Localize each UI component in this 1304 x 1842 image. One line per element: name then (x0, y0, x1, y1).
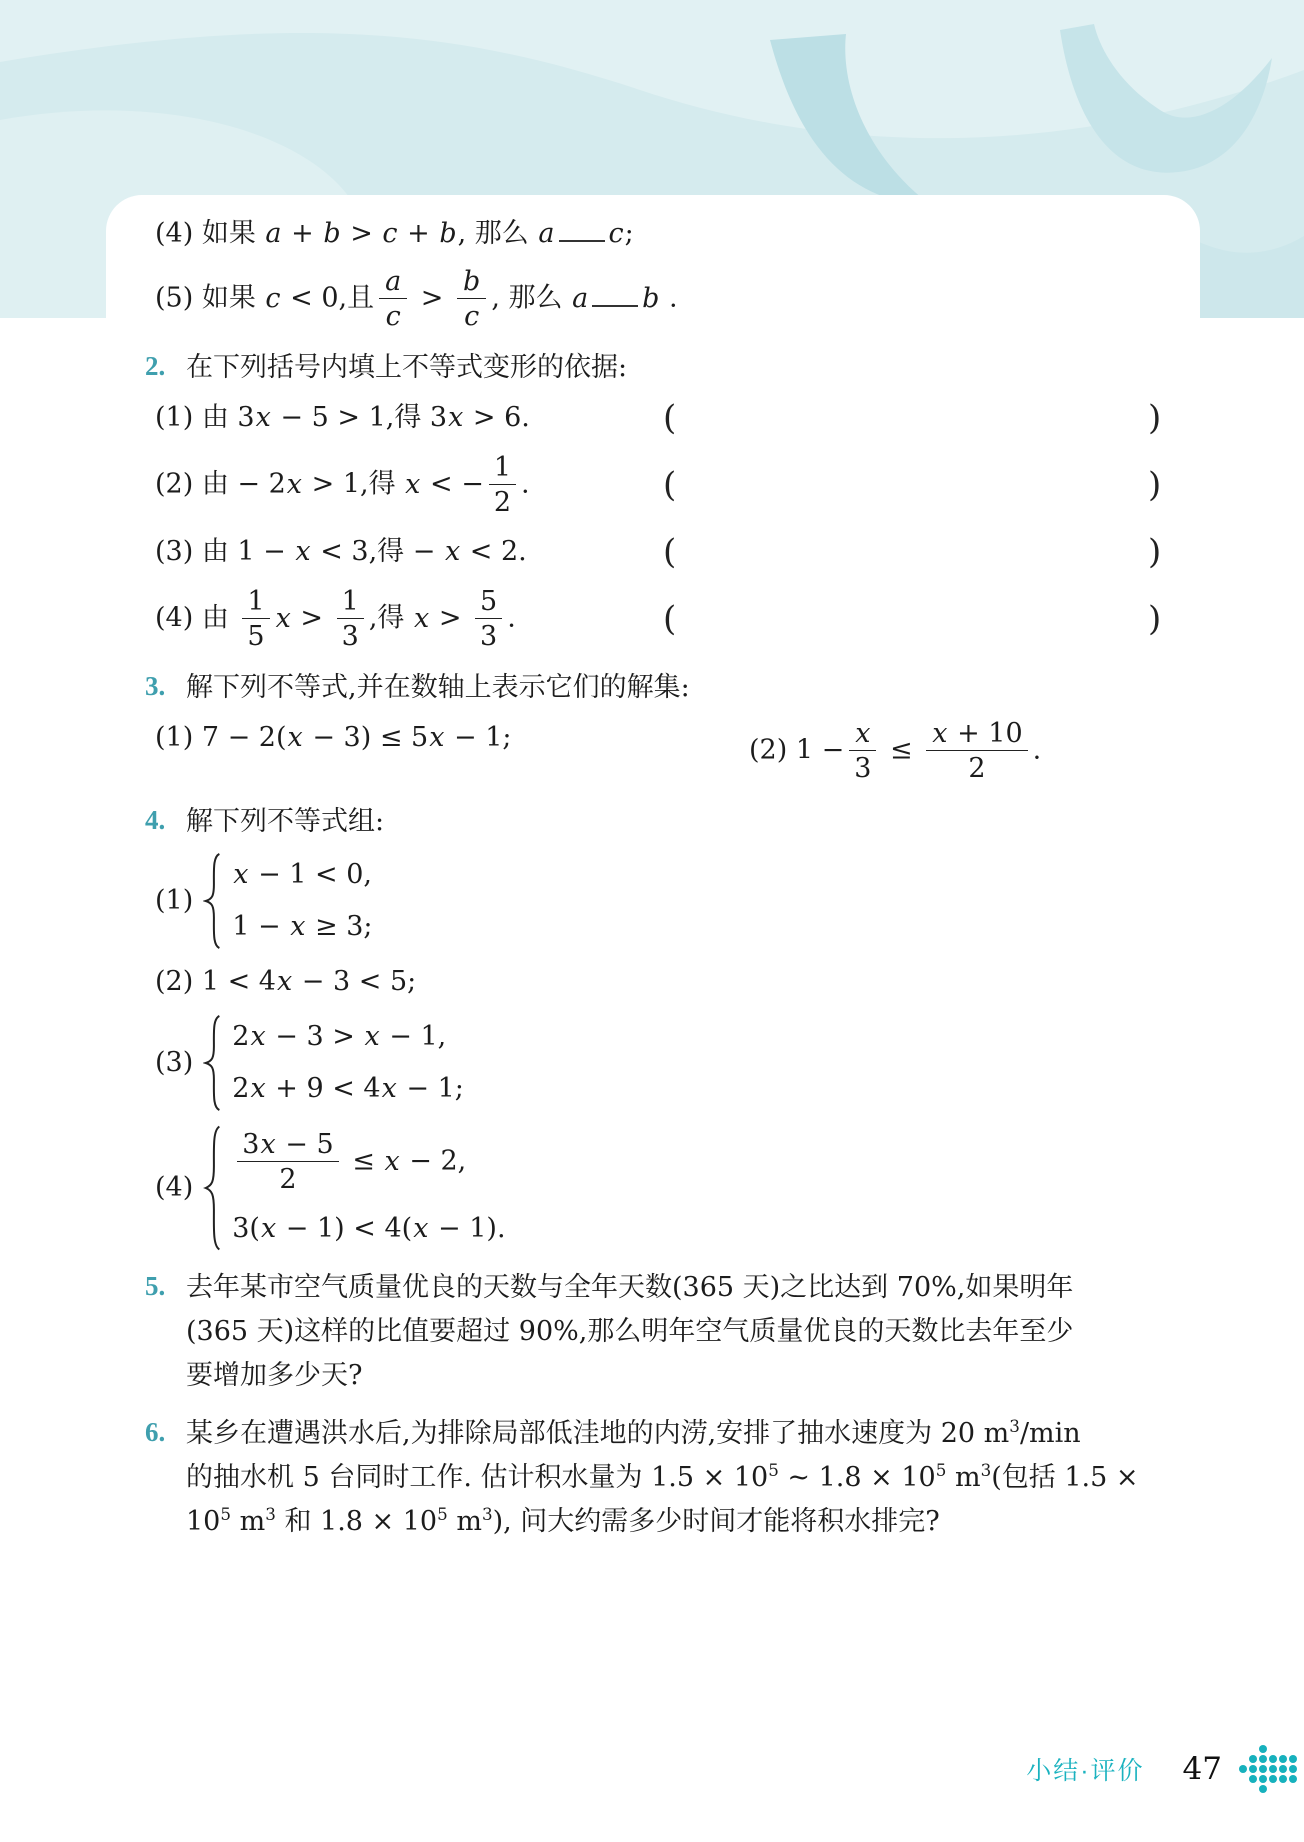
text: . (1033, 735, 1042, 766)
q2-part2: (2) 由 − 2x > 1,得 x < −12.() (155, 452, 1160, 518)
page-footer: 小结·评价 47 (1026, 1744, 1298, 1794)
math-variable: b (462, 266, 481, 297)
q1-part4: (4) 如果 a + b > c + b, 那么 ac; (155, 213, 1160, 254)
text: ~ 1.8 × 10 (779, 1462, 936, 1493)
dot-empty (1269, 1745, 1277, 1753)
q4-part4: (4)3x − 52 ≤ x − 2,3(x − 1) < 4(x − 1). (155, 1124, 1160, 1252)
dot (1279, 1775, 1287, 1783)
superscript: 3 (482, 1504, 493, 1524)
q2: 2.在下列括号内填上不等式变形的依据: (155, 346, 1160, 390)
dots-arrow-logo-icon (1238, 1744, 1298, 1794)
text: 去年某市空气质量优良的天数与全年天数(365 天)之比达到 70%,如果明年 (186, 1272, 1073, 1303)
text: − 1; (445, 722, 511, 753)
denominator: 5 (247, 619, 264, 652)
q5: 5.去年某市空气质量优良的天数与全年天数(365 天)之比达到 70%,如果明年… (155, 1266, 1160, 1398)
denominator: 2 (279, 1162, 296, 1195)
text: 1 (247, 586, 264, 617)
text: − 5 > 1,得 3 (272, 402, 447, 433)
part-label: (3) (155, 1043, 193, 1083)
dot-empty (1239, 1775, 1247, 1783)
dot (1249, 1755, 1257, 1763)
text: 2 (232, 1073, 249, 1104)
part-label: (4) (155, 1168, 193, 1208)
numerator: 5 (475, 586, 502, 619)
fraction: bc (457, 266, 486, 332)
text: (1) 由 3 (155, 402, 255, 433)
text: + (283, 218, 323, 249)
denominator: 3 (854, 751, 871, 784)
math-variable: a (571, 283, 589, 314)
fraction: 13 (337, 586, 364, 652)
numerator: 1 (337, 586, 364, 619)
numerator: 1 (489, 452, 516, 485)
text: 解下列不等式组: (186, 806, 384, 837)
text: − 1). (429, 1213, 505, 1244)
part-left: (1) 7 − 2(x − 3) ≤ 5x − 1; (155, 718, 749, 784)
q2-part3: (3) 由 1 − x < 3,得 − x < 2.() (155, 532, 1160, 572)
text: 5 (247, 621, 264, 652)
math-variable: x (404, 469, 421, 500)
text: − 3) ≤ 5 (304, 722, 428, 753)
text: > (342, 218, 382, 249)
text: . (507, 603, 516, 634)
part-right: (2) 1 −x3 ≤ x + 102. (749, 718, 1160, 784)
text: . (521, 469, 530, 500)
math-variable: x (232, 859, 249, 890)
math-variable: x (444, 536, 461, 567)
system-lines: 3x − 52 ≤ x − 2,3(x − 1) < 4(x − 1). (232, 1129, 505, 1247)
math-variable: x (931, 718, 948, 749)
math-variable: x (854, 718, 871, 749)
superscript: 5 (768, 1460, 779, 1480)
dot-empty (1279, 1785, 1287, 1793)
dot (1269, 1755, 1277, 1763)
fraction: 15 (242, 586, 269, 652)
page-number: 47 (1183, 1751, 1222, 1787)
math-variable: x (294, 536, 311, 567)
question-number: 2. (145, 346, 186, 390)
math-variable: x (289, 911, 306, 942)
fraction: ac (379, 266, 407, 332)
dot (1249, 1775, 1257, 1783)
part-label: (1) (155, 881, 193, 921)
text: . (660, 283, 677, 314)
dot-empty (1239, 1785, 1247, 1793)
text: (5) 如果 (155, 283, 264, 314)
text: 3 (242, 1129, 259, 1160)
math-variable: x (249, 1073, 266, 1104)
text: 1 − (232, 911, 289, 942)
text: ≤ (881, 735, 921, 766)
dot (1259, 1765, 1267, 1773)
fill-paren-open: ( (663, 599, 676, 639)
q2-part1: (1) 由 3x − 5 > 1,得 3x > 6.() (155, 398, 1160, 438)
text: 要增加多少天? (186, 1360, 362, 1391)
text: − 1) < 4( (277, 1213, 412, 1244)
question-number: 6. (145, 1412, 186, 1544)
system-line: 3(x − 1) < 4(x − 1). (232, 1211, 505, 1247)
math-variable: x (428, 722, 445, 753)
text: − 1, (381, 1021, 447, 1052)
text: ≥ 3; (306, 911, 372, 942)
numerator: x + 10 (926, 718, 1027, 751)
system-line: 3x − 52 ≤ x − 2, (232, 1129, 505, 1195)
text: (365 天)这样的比值要超过 90%,那么明年空气质量优良的天数比去年至少 (186, 1316, 1073, 1347)
brace-icon (203, 852, 223, 950)
text: + (399, 218, 439, 249)
math-variable: c (463, 301, 480, 332)
math-variable: x (412, 1213, 429, 1244)
fill-paren-open: ( (663, 465, 676, 505)
question-body: 在下列括号内填上不等式变形的依据: (186, 346, 1160, 390)
fraction: 3x − 52 (237, 1129, 338, 1195)
text: 1 (494, 452, 511, 483)
text: 2 (232, 1021, 249, 1052)
math-variable: c (381, 218, 398, 249)
dot (1269, 1765, 1277, 1773)
math-variable: b (322, 218, 341, 249)
dot (1289, 1765, 1297, 1773)
math-variable: a (384, 266, 402, 297)
math-variable: x (276, 966, 293, 997)
question-line: 解下列不等式,并在数轴上表示它们的解集: (186, 666, 1160, 710)
superscript: 3 (265, 1504, 276, 1524)
text: (4) 如果 (155, 218, 264, 249)
brace-icon (203, 1014, 223, 1112)
dot (1239, 1765, 1247, 1773)
denominator: 3 (342, 619, 359, 652)
text: − 3 > (267, 1021, 364, 1052)
dot-empty (1249, 1785, 1257, 1793)
question-line: 在下列括号内填上不等式变形的依据: (186, 346, 1160, 390)
q6: 6.某乡在遭遇洪水后,为排除局部低洼地的内涝,安排了抽水速度为 20 m3/mi… (155, 1412, 1160, 1544)
math-variable: a (264, 218, 282, 249)
dot (1289, 1755, 1297, 1763)
text: m (946, 1462, 980, 1493)
text: m (231, 1506, 265, 1537)
text: − 3 < 5; (293, 966, 416, 997)
fraction: 53 (475, 586, 502, 652)
q2-part4: (4) 由 15x > 13,得 x > 53.() (155, 586, 1160, 652)
dot (1259, 1755, 1267, 1763)
q4-part2: (2) 1 < 4x − 3 < 5; (155, 962, 1160, 1002)
math-variable: x (413, 603, 430, 634)
dot (1259, 1785, 1267, 1793)
denominator: c (463, 299, 480, 332)
question-line: 去年某市空气质量优良的天数与全年天数(365 天)之比达到 70%,如果明年 (186, 1266, 1160, 1310)
numerator: a (379, 266, 407, 299)
superscript: 5 (437, 1504, 448, 1524)
problems-area: (4) 如果 a + b > c + b, 那么 ac;(5) 如果 c < 0… (106, 195, 1200, 1544)
math-variable: x (287, 722, 304, 753)
dot-empty (1289, 1785, 1297, 1793)
section-label: 小结·评价 (1026, 1751, 1144, 1787)
math-variable: x (259, 1129, 276, 1160)
math-variable: x (255, 402, 272, 433)
math-variable: x (286, 469, 303, 500)
dot-empty (1239, 1745, 1247, 1753)
question-body: 某乡在遭遇洪水后,为排除局部低洼地的内涝,安排了抽水速度为 20 m3/min的… (186, 1412, 1160, 1544)
q4-part1: (1)x − 1 < 0,1 − x ≥ 3; (155, 852, 1160, 950)
text: < − (421, 469, 483, 500)
text: 的抽水机 5 台同时工作. 估计积水量为 1.5 × 10 (186, 1462, 768, 1493)
text: > (412, 283, 452, 314)
dot (1269, 1775, 1277, 1783)
text: ; (625, 218, 634, 249)
fill-paren-close: ) (1148, 398, 1161, 438)
text: ≤ (344, 1146, 384, 1177)
text: 某乡在遭遇洪水后,为排除局部低洼地的内涝,安排了抽水速度为 20 m (186, 1418, 1009, 1449)
text: (包括 1.5 × (991, 1462, 1138, 1493)
textbook-page: (4) 如果 a + b > c + b, 那么 ac;(5) 如果 c < 0… (0, 0, 1304, 1842)
superscript: 5 (220, 1504, 231, 1524)
text: (3) 由 1 − (155, 536, 294, 567)
brace-icon (203, 1124, 223, 1252)
math-variable: b (438, 218, 457, 249)
math-variable: x (363, 1021, 380, 1052)
text: (2) 由 − 2 (155, 469, 286, 500)
fill-paren-open: ( (663, 398, 676, 438)
text: 2 (968, 753, 985, 784)
fraction: x3 (849, 718, 876, 784)
dot-empty (1269, 1785, 1277, 1793)
dot (1249, 1765, 1257, 1773)
text: , 那么 (458, 218, 538, 249)
question-number: 4. (145, 800, 186, 844)
math-variable: x (249, 1021, 266, 1052)
text: 5 (480, 586, 497, 617)
question-line: 解下列不等式组: (186, 800, 1160, 844)
question-body: 解下列不等式,并在数轴上表示它们的解集: (186, 666, 1160, 710)
text: 在下列括号内填上不等式变形的依据: (186, 352, 627, 383)
system-lines: x − 1 < 0,1 − x ≥ 3; (232, 857, 372, 945)
system-line: 1 − x ≥ 3; (232, 909, 372, 945)
q1-part5: (5) 如果 c < 0,且ac > bc, 那么 ab . (155, 266, 1160, 332)
text: < 3,得 − (312, 536, 444, 567)
text: 2 (494, 487, 511, 518)
question-body: 去年某市空气质量优良的天数与全年天数(365 天)之比达到 70%,如果明年(3… (186, 1266, 1160, 1398)
numerator: 3x − 5 (237, 1129, 338, 1162)
question-line: 某乡在遭遇洪水后,为排除局部低洼地的内涝,安排了抽水速度为 20 m3/min (186, 1412, 1160, 1456)
denominator: 3 (480, 619, 497, 652)
denominator: c (385, 299, 402, 332)
math-variable: x (383, 1146, 400, 1177)
text: + 9 < 4 (267, 1073, 381, 1104)
text: /min (1020, 1418, 1081, 1449)
fill-in-blank (592, 278, 638, 307)
text: (4) 由 (155, 603, 237, 634)
math-variable: b (641, 283, 660, 314)
dot (1279, 1755, 1287, 1763)
text: < 2. (461, 536, 527, 567)
fill-in-blank (559, 213, 605, 242)
question-line: (365 天)这样的比值要超过 90%,那么明年空气质量优良的天数比去年至少 (186, 1310, 1160, 1354)
dot-empty (1239, 1755, 1247, 1763)
q4: 4.解下列不等式组: (155, 800, 1160, 844)
question-number: 3. (145, 666, 186, 710)
text: m (448, 1506, 482, 1537)
dot-empty (1249, 1745, 1257, 1753)
fraction: 12 (489, 452, 516, 518)
numerator: 1 (242, 586, 269, 619)
text: 和 1.8 × 10 (276, 1506, 437, 1537)
q3-parts: (1) 7 − 2(x − 3) ≤ 5x − 1;(2) 1 −x3 ≤ x … (155, 718, 1160, 784)
system-line: 2x − 3 > x − 1, (232, 1019, 464, 1055)
superscript: 3 (1009, 1416, 1020, 1436)
numerator: x (849, 718, 876, 751)
fill-paren-open: ( (663, 532, 676, 572)
content-card: (4) 如果 a + b > c + b, 那么 ac;(5) 如果 c < 0… (106, 195, 1200, 1842)
text: 3( (232, 1213, 260, 1244)
numerator: b (457, 266, 486, 299)
question-line: 的抽水机 5 台同时工作. 估计积水量为 1.5 × 105 ~ 1.8 × 1… (186, 1456, 1160, 1500)
dot-empty (1279, 1745, 1287, 1753)
text: (1) 7 − 2( (155, 722, 287, 753)
dot (1259, 1775, 1267, 1783)
text: 3 (480, 621, 497, 652)
superscript: 5 (936, 1460, 947, 1480)
dot (1279, 1765, 1287, 1773)
math-variable: c (608, 218, 625, 249)
q4-part3: (3)2x − 3 > x − 1,2x + 9 < 4x − 1; (155, 1014, 1160, 1112)
fraction: x + 102 (926, 718, 1027, 784)
text: 3 (342, 621, 359, 652)
system-line: x − 1 < 0, (232, 857, 372, 893)
text: < 0,且 (282, 283, 375, 314)
dot-empty (1289, 1745, 1297, 1753)
text: (2) 1 − (749, 735, 844, 766)
math-variable: x (447, 402, 464, 433)
text: (2) 1 < 4 (155, 966, 276, 997)
text: 1 (342, 586, 359, 617)
text: ), 问大约需多少时间才能将积水排完? (493, 1506, 940, 1537)
math-variable: x (275, 603, 292, 634)
superscript: 3 (981, 1460, 992, 1480)
denominator: 2 (968, 751, 985, 784)
text: 3 (854, 753, 871, 784)
system-lines: 2x − 3 > x − 1,2x + 9 < 4x − 1; (232, 1019, 464, 1107)
denominator: 2 (494, 485, 511, 518)
fill-paren-close: ) (1148, 599, 1161, 639)
text: − 2, (401, 1146, 467, 1177)
fill-paren-close: ) (1148, 532, 1161, 572)
text: − 1 < 0, (249, 859, 372, 890)
text: > 1,得 (303, 469, 404, 500)
math-variable: x (381, 1073, 398, 1104)
math-variable: x (260, 1213, 277, 1244)
text: 2 (279, 1164, 296, 1195)
math-variable: c (385, 301, 402, 332)
text: 10 (186, 1506, 220, 1537)
math-variable: a (537, 218, 555, 249)
question-line: 要增加多少天? (186, 1354, 1160, 1398)
text: + 10 (948, 718, 1022, 749)
text: ,得 (369, 603, 413, 634)
text: > (292, 603, 332, 634)
dot (1259, 1745, 1267, 1753)
text: − 1; (398, 1073, 464, 1104)
text: > 6. (464, 402, 530, 433)
dot (1289, 1775, 1297, 1783)
system-line: 2x + 9 < 4x − 1; (232, 1071, 464, 1107)
question-number: 5. (145, 1266, 186, 1398)
question-body: 解下列不等式组: (186, 800, 1160, 844)
math-variable: c (264, 283, 281, 314)
fill-paren-close: ) (1148, 465, 1161, 505)
text: > (430, 603, 470, 634)
text: , 那么 (491, 283, 571, 314)
text: 解下列不等式,并在数轴上表示它们的解集: (186, 672, 690, 703)
text: − 5 (277, 1129, 334, 1160)
q3: 3.解下列不等式,并在数轴上表示它们的解集: (155, 666, 1160, 710)
question-line: 105 m3 和 1.8 × 105 m3), 问大约需多少时间才能将积水排完? (186, 1500, 1160, 1544)
